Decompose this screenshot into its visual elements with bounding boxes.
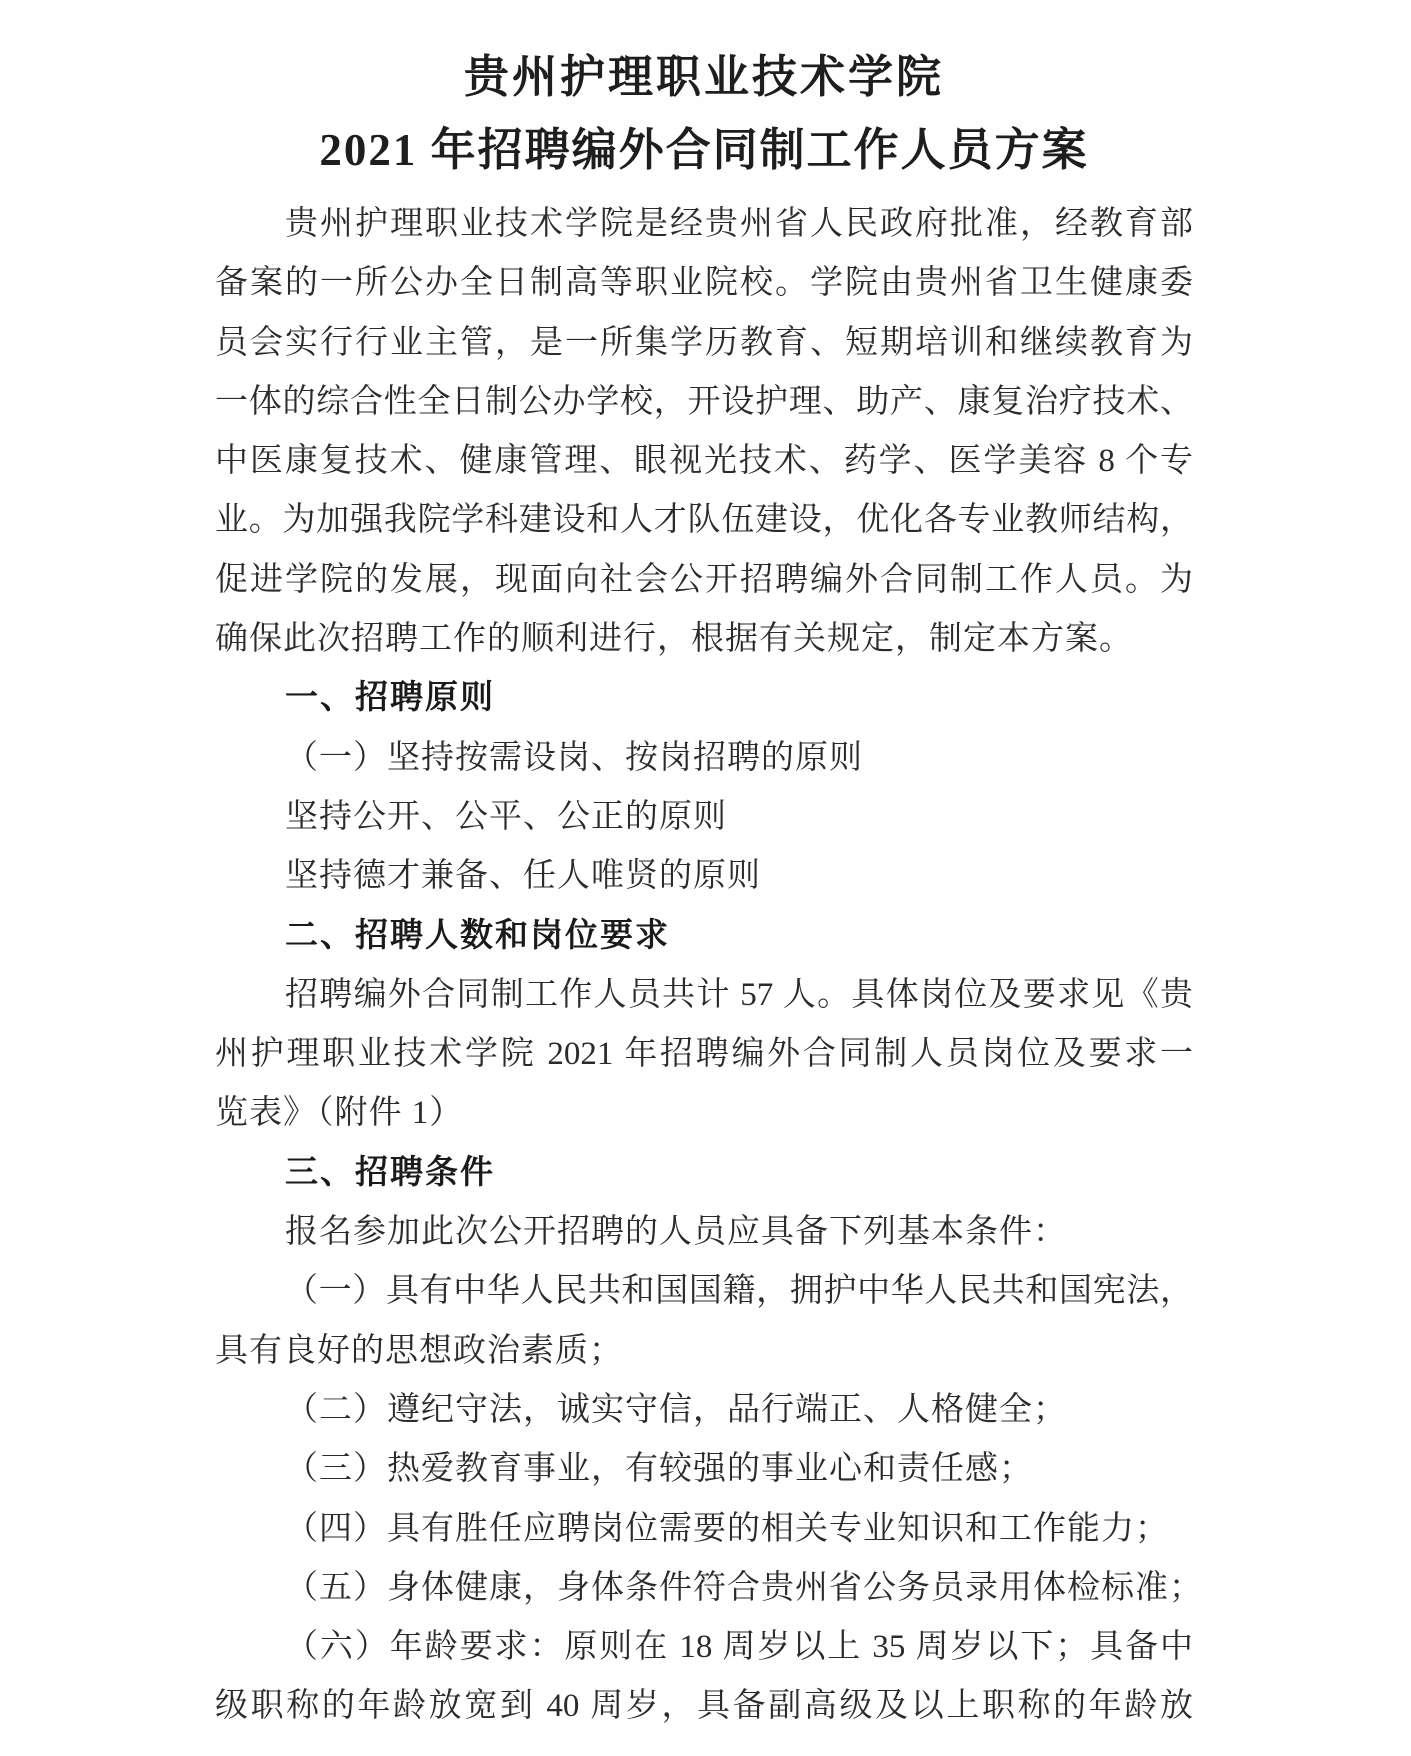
condition-item: （六）年龄要求：原则在 18 周岁以上 35 周岁以下；具备中 [215, 1618, 1193, 1677]
paragraph-headcount-line: 览表》（附件 1） [215, 1084, 1193, 1143]
paragraph-intro-line: 贵州护理职业技术学院是经贵州省人民政府批准，经教育部 [215, 195, 1193, 254]
document-subtitle: 2021 年招聘编外合同制工作人员方案 [215, 125, 1193, 175]
condition-item-continuation: 具有良好的思想政治素质； [215, 1322, 1193, 1381]
paragraph-intro-line: 确保此次招聘工作的顺利进行，根据有关规定，制定本方案。 [215, 610, 1193, 669]
condition-item: （二）遵纪守法，诚实守信，品行端正、人格健全； [215, 1381, 1193, 1440]
section-heading-recruitment-conditions: 三、招聘条件 [215, 1144, 1193, 1203]
condition-item-continuation: 级职称的年龄放宽到 40 周岁，具备副高级及以上职称的年龄放 [215, 1677, 1193, 1736]
paragraph-intro-line: 员会实行行业主管，是一所集学历教育、短期培训和继续教育为 [215, 314, 1193, 373]
document-title: 贵州护理职业技术学院 [215, 52, 1193, 102]
paragraph-intro-line: 促进学院的发展，现面向社会公开招聘编外合同制工作人员。为 [215, 551, 1193, 610]
condition-item: （一）具有中华人民共和国国籍，拥护中华人民共和国宪法， [215, 1262, 1193, 1321]
principle-item: 坚持公开、公平、公正的原则 [215, 788, 1193, 847]
section-heading-headcount-requirements: 二、招聘人数和岗位要求 [215, 907, 1193, 966]
condition-item: （五）身体健康，身体条件符合贵州省公务员录用体检标准； [215, 1559, 1193, 1618]
paragraph-intro-line: 业。为加强我院学科建设和人才队伍建设，优化各专业教师结构， [215, 491, 1193, 550]
paragraph-headcount-line: 州护理职业技术学院 2021 年招聘编外合同制人员岗位及要求一 [215, 1025, 1193, 1084]
principle-item: （一）坚持按需设岗、按岗招聘的原则 [215, 729, 1193, 788]
paragraph-intro-line: 中医康复技术、健康管理、眼视光技术、药学、医学美容 8 个专 [215, 432, 1193, 491]
document-body: 贵州护理职业技术学院是经贵州省人民政府批准，经教育部 备案的一所公办全日制高等职… [215, 195, 1193, 1737]
paragraph-intro-line: 备案的一所公办全日制高等职业院校。学院由贵州省卫生健康委 [215, 254, 1193, 313]
section-heading-recruitment-principles: 一、招聘原则 [215, 669, 1193, 728]
condition-item: （四）具有胜任应聘岗位需要的相关专业知识和工作能力； [215, 1500, 1193, 1559]
principle-item: 坚持德才兼备、任人唯贤的原则 [215, 847, 1193, 906]
condition-item: （三）热爱教育事业，有较强的事业心和责任感； [215, 1440, 1193, 1499]
document-page: 贵州护理职业技术学院 2021 年招聘编外合同制工作人员方案 贵州护理职业技术学… [0, 0, 1411, 1756]
paragraph-intro-line: 一体的综合性全日制公办学校，开设护理、助产、康复治疗技术、 [215, 373, 1193, 432]
paragraph-headcount-line: 招聘编外合同制工作人员共计 57 人。具体岗位及要求见《贵 [215, 966, 1193, 1025]
conditions-intro-line: 报名参加此次公开招聘的人员应具备下列基本条件： [215, 1203, 1193, 1262]
